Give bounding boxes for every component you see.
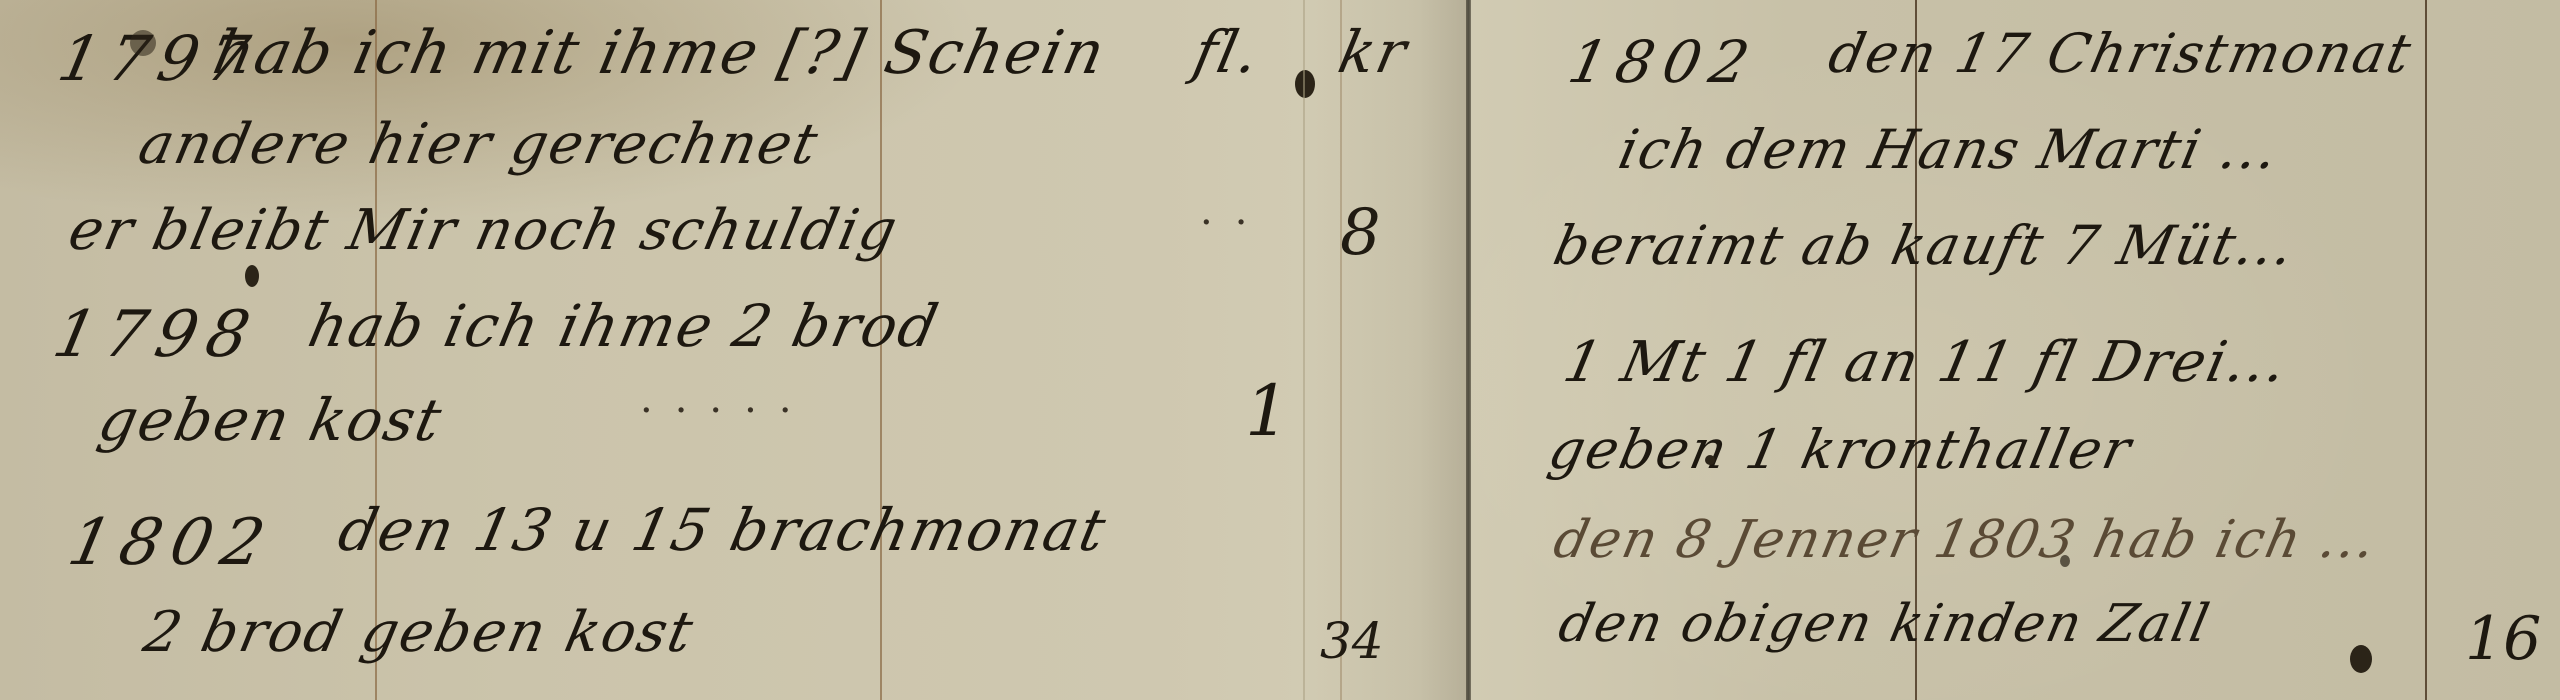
entry-year: 1802	[62, 506, 281, 580]
entry-text: geben 1 kronthaller	[1543, 418, 2138, 481]
entry-year: 1802	[1563, 28, 1765, 96]
entry-text: den 17 Christmonat	[1823, 22, 2418, 85]
right-page: 1802 den 17 Christmonat ich dem Hans Mar…	[1470, 0, 2560, 700]
ink-blot	[130, 30, 156, 56]
entry-text: hab ich ihme 2 brod	[303, 292, 946, 360]
entry-text: den 13 u 15 brachmonat	[333, 496, 1113, 564]
ink-blot	[2060, 555, 2070, 567]
left-page: 1797 hab ich mit ihme [?] Schein fl. kr …	[0, 0, 1470, 700]
entry-text: andere hier gerechnet	[133, 112, 825, 177]
page-fold-shadow	[1300, 0, 1470, 700]
entry-text: 2 brod geben kost	[138, 600, 700, 665]
entry-text: den obigen kinden Zall	[1554, 594, 2216, 654]
page-fold-crease	[1303, 0, 1305, 700]
ink-blot	[2350, 645, 2372, 673]
entry-text: 1 Mt 1 fl an 11 fl Drei...	[1558, 330, 2294, 395]
entry-text: er bleibt Mir noch schuldig	[63, 198, 904, 263]
florin-header: fl.	[1188, 18, 1267, 86]
entry-text: den 8 Jenner 1803 hab ich ...	[1549, 510, 2383, 570]
amount: 16 k	[2465, 604, 2560, 674]
ink-blot	[245, 265, 259, 287]
amount: 1	[1245, 370, 1290, 452]
entry-year: 1798	[47, 298, 266, 372]
entry-text: hab ich mit ihme [?] Schein	[208, 18, 1113, 88]
ink-blot	[1705, 455, 1715, 465]
entry-text: geben kost	[93, 386, 449, 454]
column-rule	[2425, 0, 2427, 700]
entry-text: ich dem Hans Marti ...	[1613, 118, 2285, 181]
entry-text: beraimt ab kauft 7 Müt...	[1548, 214, 2301, 277]
ledger-spread: 1797 hab ich mit ihme [?] Schein fl. kr …	[0, 0, 2560, 700]
